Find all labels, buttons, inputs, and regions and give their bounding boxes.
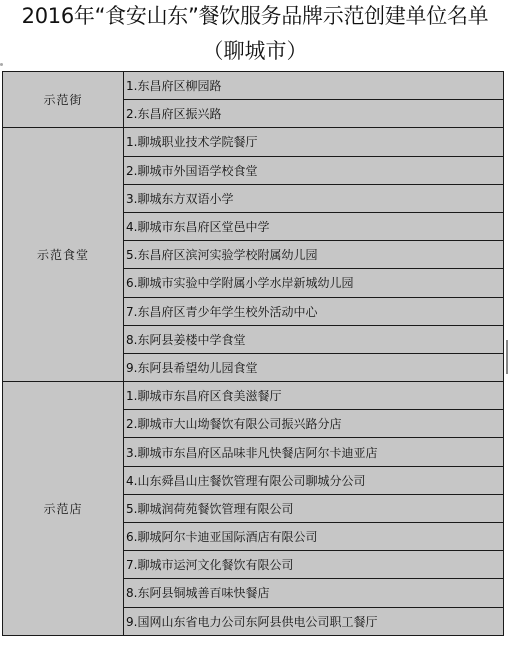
- list-item: 8.东阿县铜城善百味快餐店: [124, 579, 504, 607]
- list-item: 2.聊城市外国语学校食堂: [124, 156, 504, 184]
- document-subtitle: （聊城市）: [0, 38, 510, 64]
- list-item: 3.聊城东方双语小学: [124, 184, 504, 212]
- list-item: 2.东昌府区振兴路: [124, 100, 504, 128]
- list-item: 9.东阿县希望幼儿园食堂: [124, 353, 504, 381]
- list-item: 2.聊城市大山坳餐饮有限公司振兴路分店: [124, 410, 504, 438]
- table-row: 示范食堂 1.聊城职业技术学院餐厅: [3, 128, 504, 156]
- category-cell-street: 示范街: [3, 72, 124, 128]
- list-item: 9.国网山东省电力公司东阿县供电公司职工餐厅: [124, 607, 504, 635]
- edge-mark: [506, 340, 508, 374]
- list-item: 1.东昌府区柳园路: [124, 72, 504, 100]
- list-item: 8.东阿县姜楼中学食堂: [124, 325, 504, 353]
- table-row: 示范店 1.聊城市东昌府区食美滋餐厅: [3, 382, 504, 410]
- list-item: 6.聊城阿尔卡迪亚国际酒店有限公司: [124, 523, 504, 551]
- table-row: 示范街 1.东昌府区柳园路: [3, 72, 504, 100]
- list-item: 3.聊城市东昌府区品味非凡快餐店阿尔卡迪亚店: [124, 438, 504, 466]
- list-item: 6.聊城市实验中学附属小学水岸新城幼儿园: [124, 269, 504, 297]
- document-title: 2016年“食安山东”餐饮服务品牌示范创建单位名单: [0, 3, 510, 29]
- list-item: 4.聊城市东昌府区堂邑中学: [124, 212, 504, 240]
- category-cell-store: 示范店: [3, 382, 124, 636]
- list-item: 7.东昌府区青少年学生校外活动中心: [124, 297, 504, 325]
- units-table: 示范街 1.东昌府区柳园路 2.东昌府区振兴路 示范食堂 1.聊城职业技术学院餐…: [2, 71, 504, 636]
- list-item: 4.山东舜昌山庄餐饮管理有限公司聊城分公司: [124, 466, 504, 494]
- list-item: 5.聊城润荷苑餐饮管理有限公司: [124, 494, 504, 522]
- list-item: 5.东昌府区滨河实验学校附属幼儿园: [124, 241, 504, 269]
- list-item: 1.聊城市东昌府区食美滋餐厅: [124, 382, 504, 410]
- category-cell-canteen: 示范食堂: [3, 128, 124, 382]
- table-anchor-marker: [0, 63, 3, 66]
- list-item: 7.聊城市运河文化餐饮有限公司: [124, 551, 504, 579]
- list-item: 1.聊城职业技术学院餐厅: [124, 128, 504, 156]
